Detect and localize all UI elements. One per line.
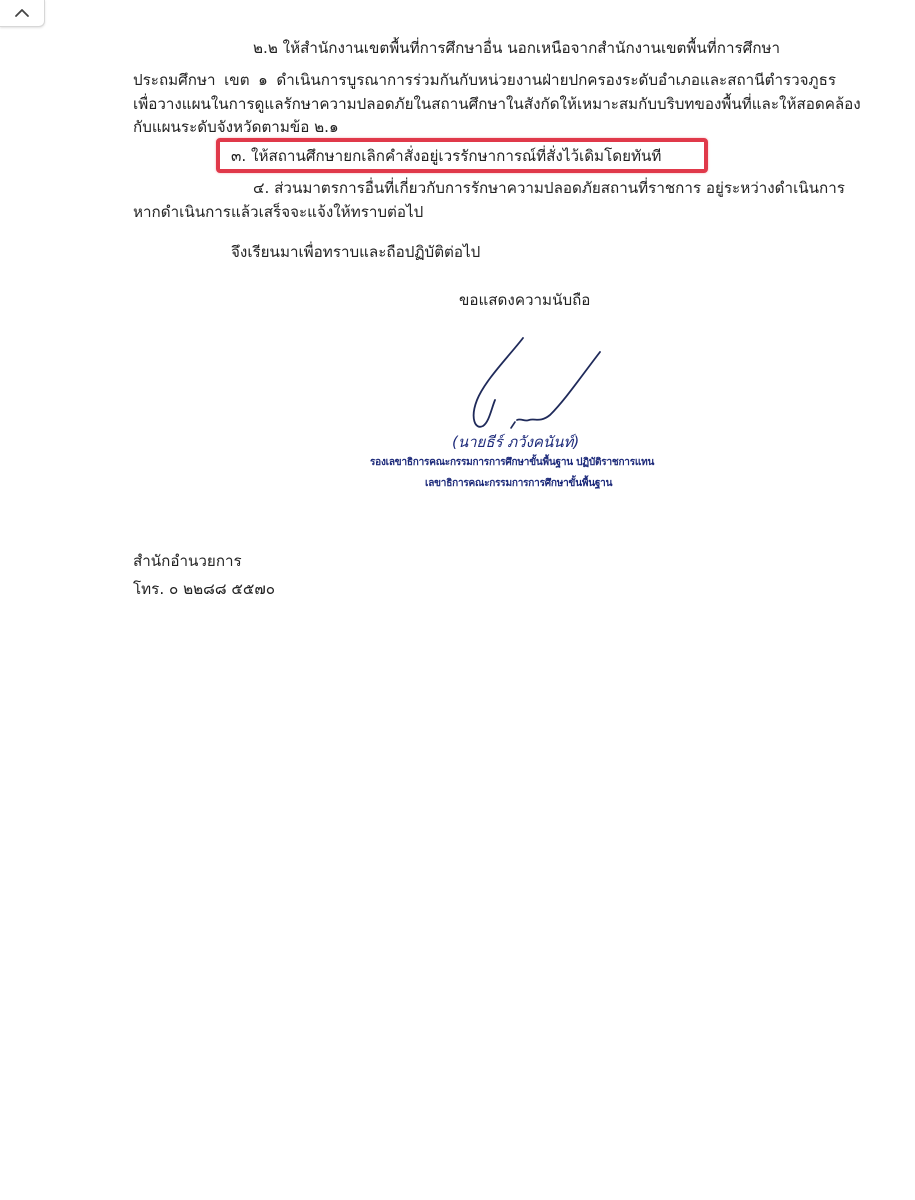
paragraph-2-2-line-2: ประถมศึกษา เขต ๑ ดำเนินการบูรณาการร่วมกั… [133,69,836,91]
salutation: ขอแสดงความนับถือ [459,289,590,311]
paragraph-2-2-line-4: กับแผนระดับจังหวัดตามข้อ ๒.๑ [133,116,339,138]
phone-number: โทร. ๐ ๒๒๘๘ ๕๕๗๐ [133,578,275,600]
paragraph-3: ๓. ให้สถานศึกษายกเลิกคำสั่งอยู่เวรรักษาก… [231,145,661,167]
paragraph-4-line-1: ๔. ส่วนมาตรการอื่นที่เกี่ยวกับการรักษาคว… [253,177,836,199]
signatory-name: (นายธีร์ ภวังคนันท์) [452,430,579,454]
issuing-office: สำนักอำนวยการ [133,550,242,572]
signatory-position-line-2: เลขาธิการคณะกรรมการการศึกษาขั้นพื้นฐาน [425,476,612,491]
handwritten-signature [455,330,615,440]
closing-sentence: จึงเรียนมาเพื่อทราบและถือปฏิบัติต่อไป [231,241,480,263]
signatory-position-line-1: รองเลขาธิการคณะกรรมการการศึกษาขั้นพื้นฐา… [370,455,654,470]
paragraph-2-2-line-1: ๒.๒ ให้สำนักงานเขตพื้นที่การศึกษาอื่น นอ… [253,37,780,59]
document-page: ๒.๒ ให้สำนักงานเขตพื้นที่การศึกษาอื่น นอ… [0,0,915,1200]
paragraph-4-line-2: หากดำเนินการแล้วเสร็จจะแจ้งให้ทราบต่อไป [133,201,423,223]
paragraph-2-2-line-3: เพื่อวางแผนในการดูแลรักษาความปลอดภัยในสถ… [133,93,836,115]
